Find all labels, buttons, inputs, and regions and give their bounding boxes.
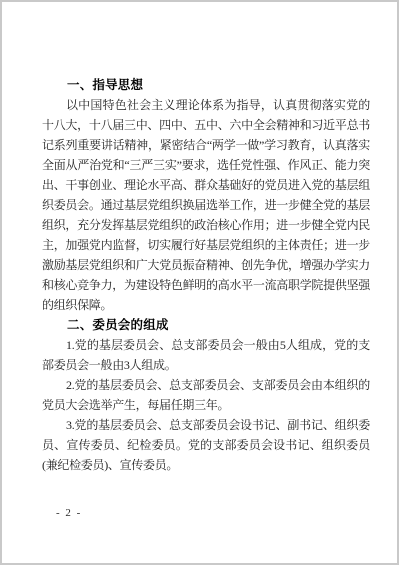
paragraph: 以中国特色社会主义理论体系为指导，认真贯彻落实党的十八大，十八届三中、四中、五中…	[42, 95, 370, 315]
section-heading: 一、指导思想	[42, 75, 370, 95]
page-number: - 2 -	[56, 506, 82, 520]
paragraph: 1.党的基层委员会、总支部委员会一般由5人组成，党的支部委员会一般由3人组成。	[42, 335, 370, 375]
section-heading: 二、委员会的组成	[42, 315, 370, 335]
document-page: 一、指导思想以中国特色社会主义理论体系为指导，认真贯彻落实党的十八大，十八届三中…	[0, 0, 399, 565]
paragraph: 2.党的基层委员会、总支部委员会、支部委员会由本组织的党员大会选举产生，每届任期…	[42, 375, 370, 415]
document-content: 一、指导思想以中国特色社会主义理论体系为指导，认真贯彻落实党的十八大，十八届三中…	[42, 75, 370, 475]
paragraph: 3.党的基层委员会、总支部委员会设书记、副书记、组织委员、宣传委员、纪检委员。党…	[42, 415, 370, 475]
